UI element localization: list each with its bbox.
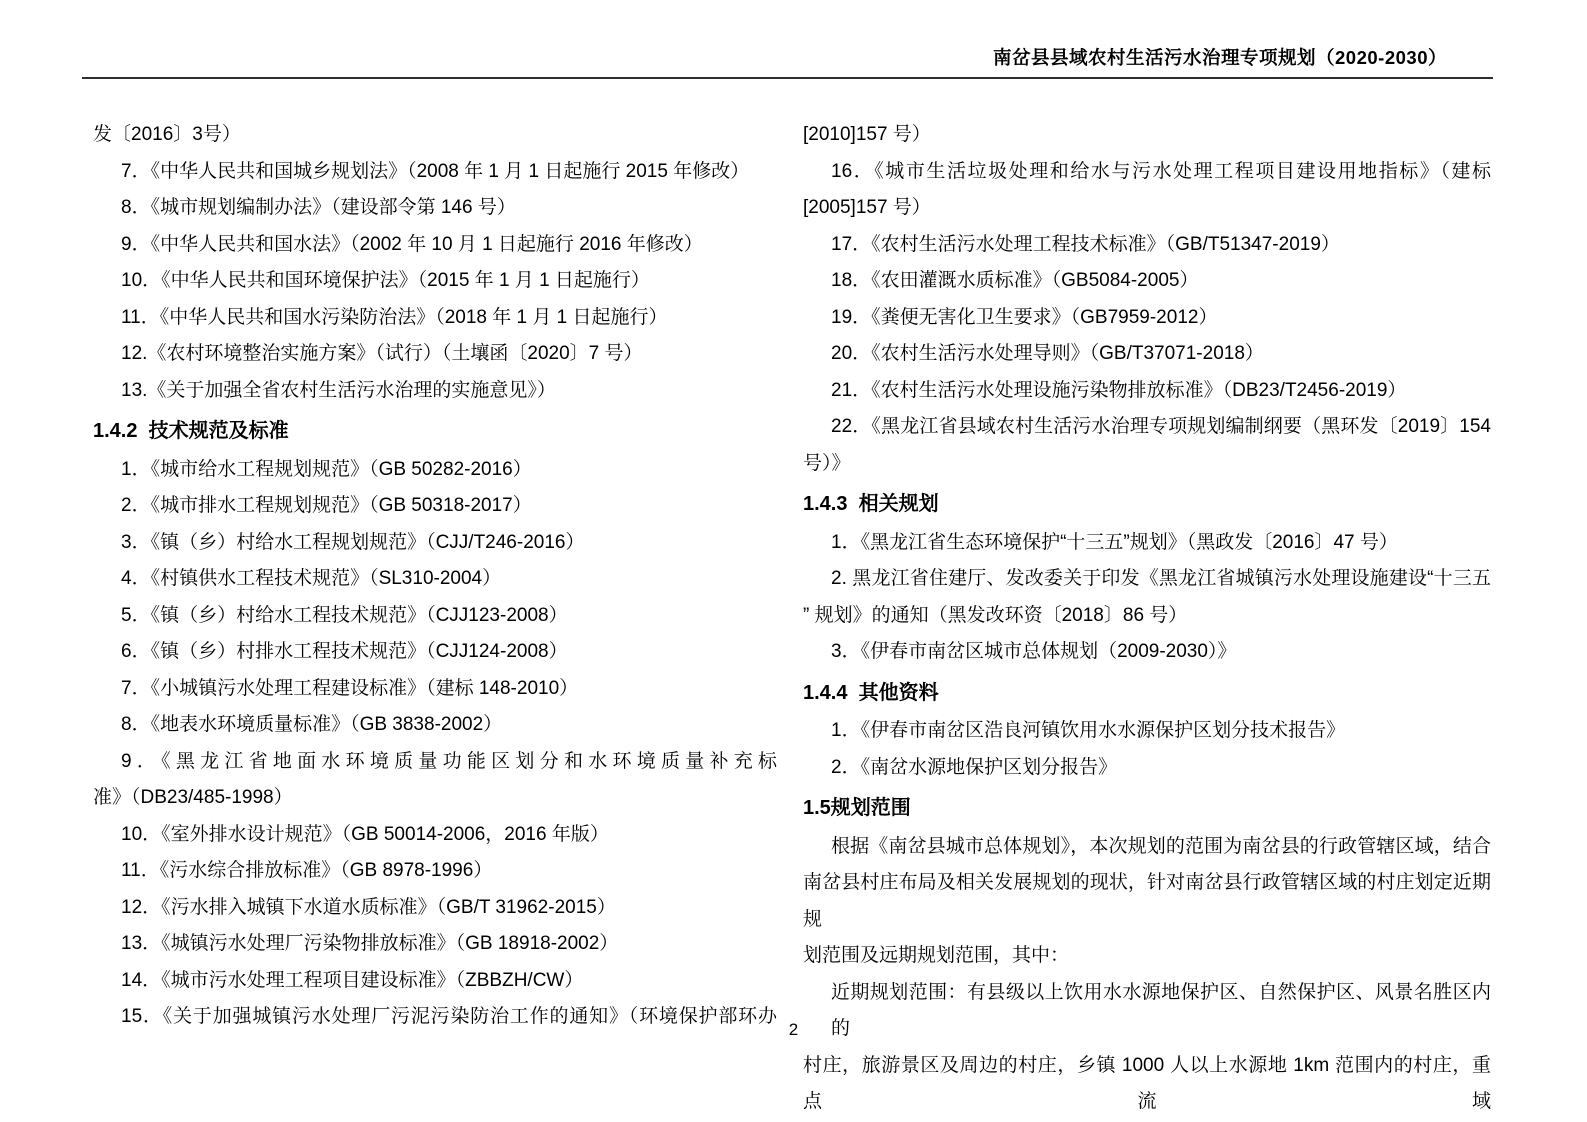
text-line: 7．《小城镇污水处理工程建设标准》（建标 148-2010） [93, 671, 777, 708]
text-line: 3．《伊春市南岔区城市总体规划（2009-2030）》 [803, 634, 1491, 671]
two-column-body: 发〔2016〕3号）7．《中华人民共和国城乡规划法》（2008 年 1 月 1 … [93, 117, 1491, 1121]
text-line: 7．《中华人民共和国城乡规划法》（2008 年 1 月 1 日起施行 2015 … [93, 154, 777, 191]
text-line: 13.《关于加强全省农村生活污水治理的实施意见》） [93, 373, 777, 410]
text-line: 3．《镇（乡）村给水工程规划规范》（CJJ/T246-2016） [93, 525, 777, 562]
text-line: 11．《污水综合排放标准》（GB 8978-1996） [93, 853, 777, 890]
text-line: 发〔2016〕3号） [93, 117, 777, 154]
section-heading: 1.4.4 其他资料 [803, 675, 1491, 712]
text-line: 南岔县村庄布局及相关发展规划的现状，针对南岔县行政管辖区域的村庄划定近期规 [803, 865, 1491, 938]
section-heading: 1.4.3 相关规划 [803, 486, 1491, 523]
text-line: 13．《城镇污水处理厂污染物排放标准》（GB 18918-2002） [93, 926, 777, 963]
text-line: 2. 黑龙江省住建厅、发改委关于印发《黑龙江省城镇污水处理设施建设“十三五 [803, 561, 1491, 598]
document-page: 南岔县县域农村生活污水治理专项规划（2020-2030） 发〔2016〕3号）7… [0, 0, 1587, 1122]
text-line: 1．《伊春市南岔区浩良河镇饮用水水源保护区划分技术报告》 [803, 713, 1491, 750]
right-column: [2010]157 号）16．《城市生活垃圾处理和给水与污水处理工程项目建设用地… [803, 117, 1491, 1121]
text-line: 5．《镇（乡）村给水工程技术规范》（CJJ123-2008） [93, 598, 777, 635]
text-line: 14．《城市污水处理工程项目建设标准》（ZBBZH/CW） [93, 963, 777, 1000]
text-line: 2．《城市排水工程规划规范》（GB 50318-2017） [93, 488, 777, 525]
page-header: 南岔县县域农村生活污水治理专项规划（2020-2030） [82, 44, 1493, 79]
text-line: [2010]157 号） [803, 117, 1491, 154]
text-line: 9．《中华人民共和国水法》（2002 年 10 月 1 日起施行 2016 年修… [93, 227, 777, 264]
text-line: 21．《农村生活污水处理设施污染物排放标准》（DB23/T2456-2019） [803, 373, 1491, 410]
left-column: 发〔2016〕3号）7．《中华人民共和国城乡规划法》（2008 年 1 月 1 … [93, 117, 777, 1121]
text-line: 11．《中华人民共和国水污染防治法》（2018 年 1 月 1 日起施行） [93, 300, 777, 337]
text-line: 18．《农田灌溉水质标准》（GB5084-2005） [803, 263, 1491, 300]
text-line: 22．《黑龙江省县域农村生活污水治理专项规划编制纲要（黑环发〔2019〕154 [803, 409, 1491, 446]
text-line: 19．《粪便无害化卫生要求》（GB7959-2012） [803, 300, 1491, 337]
text-line: 号）》 [803, 446, 1491, 483]
text-line: 准》（DB23/485-1998） [93, 780, 777, 817]
text-line: 根据《南岔县城市总体规划》，本次规划的范围为南岔县的行政管辖区域，结合 [803, 829, 1491, 866]
text-line: ” 规划》的通知（黑发改环资〔2018〕86 号） [803, 598, 1491, 635]
text-line: 6．《镇（乡）村排水工程技术规范》（CJJ124-2008） [93, 634, 777, 671]
text-line: 16．《城市生活垃圾处理和给水与污水处理工程项目建设用地指标》（建标 [803, 154, 1491, 191]
text-line: 村庄，旅游景区及周边的村庄，乡镇 1000 人以上水源地 1km 范围内的村庄，… [803, 1048, 1491, 1121]
text-line: [2005]157 号） [803, 190, 1491, 227]
text-line: 10．《中华人民共和国环境保护法》（2015 年 1 月 1 日起施行） [93, 263, 777, 300]
text-line: 4．《村镇供水工程技术规范》（SL310-2004） [93, 561, 777, 598]
section-heading: 1.5规划范围 [803, 790, 1491, 827]
page-number: 2 [0, 1020, 1587, 1040]
section-heading: 1.4.2 技术规范及标准 [93, 413, 777, 450]
text-line: 12．《污水排入城镇下水道水质标准》（GB/T 31962-2015） [93, 890, 777, 927]
text-line: 1．《城市给水工程规划规范》（GB 50282-2016） [93, 452, 777, 489]
text-line: 10．《室外排水设计规范》（GB 50014-2006，2016 年版） [93, 817, 777, 854]
text-line: 20．《农村生活污水处理导则》（GB/T37071-2018） [803, 336, 1491, 373]
header-title: 南岔县县域农村生活污水治理专项规划（2020-2030） [993, 44, 1493, 70]
text-line: 2．《南岔水源地保护区划分报告》 [803, 750, 1491, 787]
text-line: 17．《农村生活污水处理工程技术标准》（GB/T51347-2019） [803, 227, 1491, 264]
text-line: 9．《黑龙江省地面水环境质量功能区划分和水环境质量补充标 [93, 744, 777, 781]
text-line: 1．《黑龙江省生态环境保护“十三五”规划》（黑政发〔2016〕47 号） [803, 525, 1491, 562]
text-line: 8．《地表水环境质量标准》（GB 3838-2002） [93, 707, 777, 744]
text-line: 8．《城市规划编制办法》（建设部令第 146 号） [93, 190, 777, 227]
text-line: 12.《农村环境整治实施方案》（试行）（土壤函〔2020〕7 号） [93, 336, 777, 373]
text-line: 划范围及远期规划范围，其中： [803, 938, 1491, 975]
